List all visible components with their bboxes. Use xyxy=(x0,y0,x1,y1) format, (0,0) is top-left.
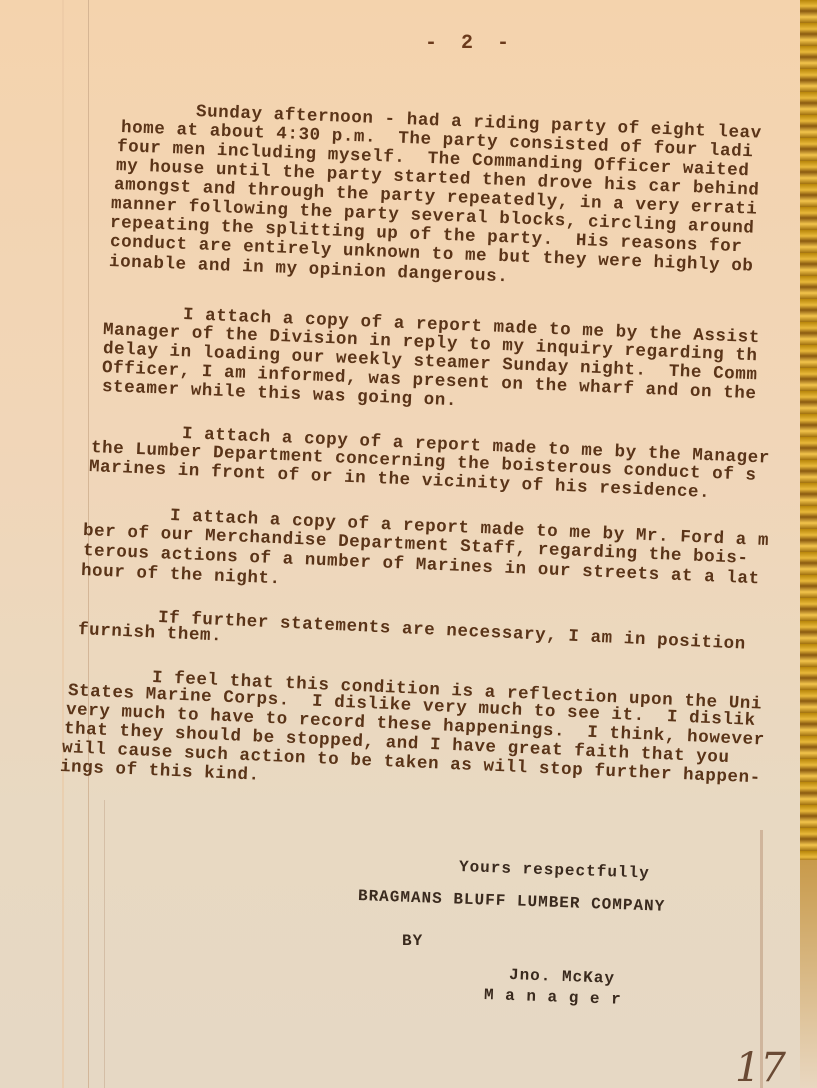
paper-fold xyxy=(104,800,105,1088)
company-name: BRAGMANS BLUFF LUMBER COMPANY xyxy=(358,887,666,916)
signatory-title: M a n a g e r xyxy=(484,986,622,1009)
document-page: - 2 - Sunday afternoon - had a riding pa… xyxy=(0,0,800,1088)
by-label: BY xyxy=(402,932,423,950)
handwritten-page-mark: 17 xyxy=(735,1045,786,1088)
gilt-edge xyxy=(800,0,817,860)
signatory-name: Jno. McKay xyxy=(509,966,616,988)
salutation: Yours respectfully xyxy=(459,858,650,883)
gilt-edge-fade xyxy=(800,860,817,1088)
paper-fold xyxy=(62,0,64,1088)
page-number: - 2 - xyxy=(425,32,515,55)
text-line: If further statements are necessary, I a… xyxy=(158,608,747,655)
